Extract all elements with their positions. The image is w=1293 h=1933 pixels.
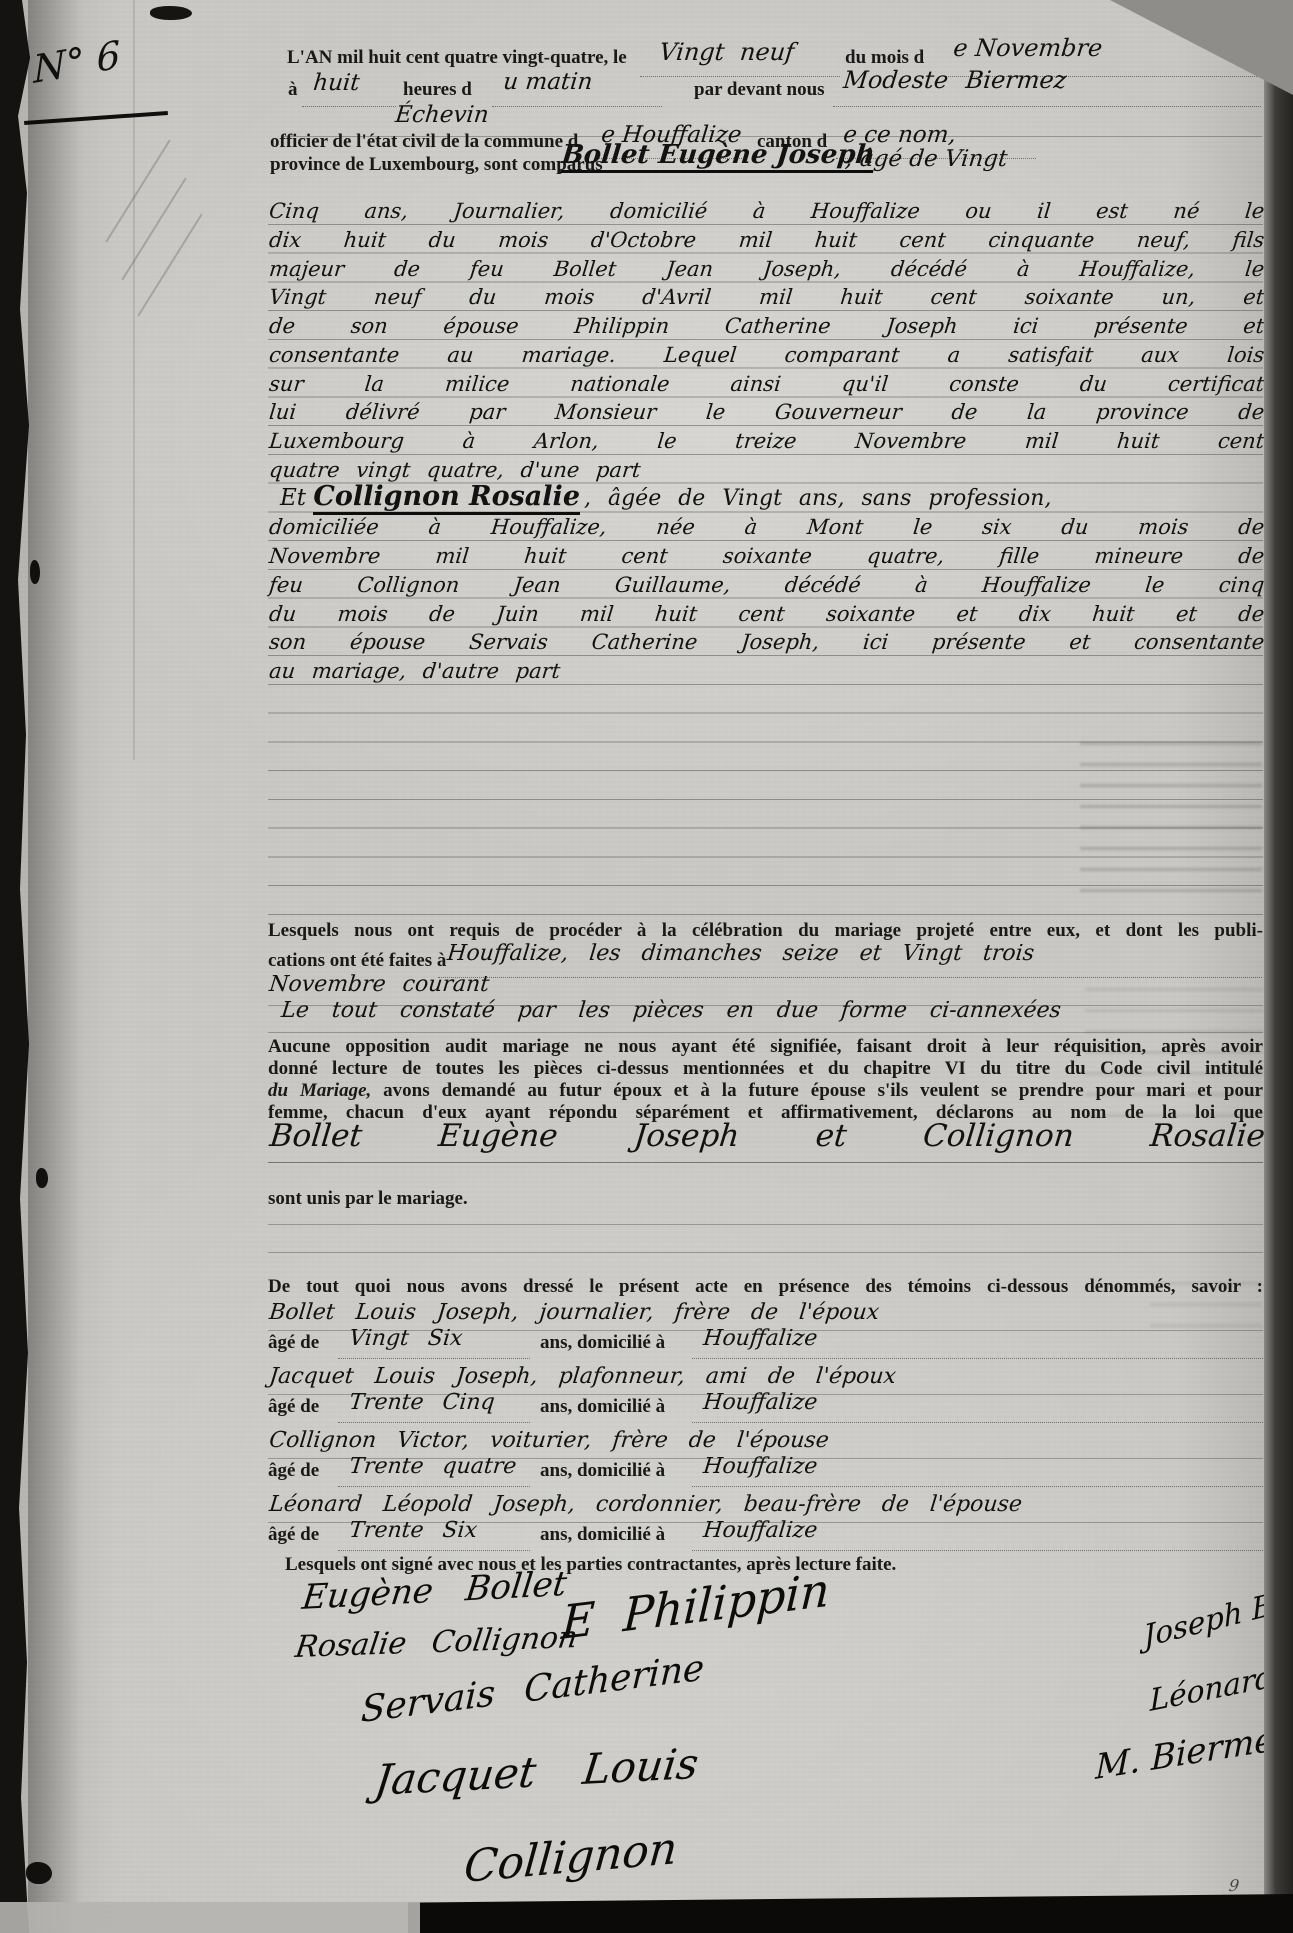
handwritten-month: e Novembre — [952, 34, 1104, 62]
witness-age: Vingt Six — [348, 1326, 464, 1351]
fill-line — [338, 1550, 530, 1551]
margin-scratch — [137, 214, 202, 317]
form-comparus-text: province de Luxembourg, sont comparus — [270, 154, 603, 176]
witness-age-prefix: âgé de — [268, 1332, 319, 1354]
margin-scratch — [105, 140, 170, 243]
fill-line — [833, 106, 1261, 107]
union-statement: sont unis par le mariage. — [268, 1188, 468, 1210]
signature-bride: Rosalie Collignon — [293, 1620, 580, 1665]
left-edge-shadow — [28, 0, 82, 1933]
handwritten-line: domiciliée à Houffalize, née à Mont le s… — [268, 515, 1266, 539]
form-before-us: par devant nous — [694, 79, 825, 101]
witness-age: Trente Six — [348, 1518, 478, 1543]
witness-residence: Houffalize — [702, 1454, 819, 1479]
fill-line — [302, 106, 396, 107]
fill-line — [268, 1032, 1263, 1033]
handwritten-officer-title: Échevin — [394, 102, 490, 128]
ink-spot — [30, 560, 40, 584]
handwritten-line: Novembre mil huit cent soixante quatre, … — [268, 544, 1266, 568]
handwritten-line: son épouse Servais Catherine Joseph, ici… — [268, 630, 1266, 654]
groom-age-lead: , âgé de Vingt — [844, 146, 1009, 172]
signature-leonard: Léonard Joseph — [1149, 1638, 1293, 1719]
form-hour-prefix: à — [288, 79, 298, 101]
marriage-record-scan: N° 6 L'AN mil huit cent quatre vingt-qua… — [0, 0, 1293, 1933]
publication-place-dates: Houffalize, les dimanches seize et Vingt… — [446, 941, 1035, 966]
signature-collignon-bottom: Collignon — [462, 1823, 679, 1893]
fill-line — [338, 1486, 530, 1487]
witness-description: Collignon Victor, voiturier, frère de l'… — [268, 1428, 830, 1453]
publication-printed-line1: Lesquels nous ont requis de procéder à l… — [268, 920, 1263, 942]
union-names: Bollet Eugène Joseph et Collignon Rosali… — [268, 1118, 1267, 1154]
handwritten-line: du mois de Juin mil huit cent soixante e… — [268, 602, 1266, 626]
fill-line — [268, 1252, 1263, 1253]
witness-age: Trente Cinq — [348, 1390, 496, 1415]
publication-month-line: Novembre courant — [268, 972, 490, 997]
fill-line — [438, 977, 1262, 978]
bride-intro-prefix: Et — [280, 485, 313, 511]
page-mark: 9 — [1228, 1876, 1240, 1895]
left-page-edge — [0, 0, 34, 1933]
opposition-line1: Aucune opposition audit mariage ne nous … — [268, 1036, 1263, 1058]
fill-line — [338, 1358, 530, 1359]
handwritten-line: majeur de feu Bollet Jean Joseph, décédé… — [268, 257, 1266, 281]
witness-intro: De tout quoi nous avons dressé le présen… — [268, 1276, 1263, 1298]
handwritten-day: Vingt neuf — [658, 38, 796, 66]
bride-name: Collignon Rosalie — [313, 481, 580, 515]
handwritten-ampm: u matin — [502, 69, 594, 95]
witness-description: Léonard Léopold Joseph, cordonnier, beau… — [268, 1492, 1023, 1517]
fill-line — [692, 1486, 1263, 1487]
bride-intro-line: Et Collignon Rosalie , âgée de Vingt ans… — [280, 481, 1051, 512]
ink-spot — [150, 6, 192, 20]
act-number: N° 6 — [32, 32, 121, 92]
form-hour-suffix: heures d — [403, 79, 472, 101]
witness-age-prefix: âgé de — [268, 1460, 319, 1482]
handwritten-line: quatre vingt quatre, d'une part — [268, 458, 642, 482]
fill-line — [338, 1422, 530, 1423]
bride-intro-suffix: , âgée de Vingt ans, sans profession, — [584, 486, 1051, 511]
witness-age: Trente quatre — [348, 1454, 518, 1479]
handwritten-line: sur la milice nationale ainsi qu'il cons… — [268, 372, 1266, 396]
witness-age-suffix: ans, domicilié à — [540, 1524, 665, 1546]
fill-line — [268, 1224, 1263, 1225]
witness-age-prefix: âgé de — [268, 1396, 319, 1418]
witness-age-suffix: ans, domicilié à — [540, 1396, 665, 1418]
form-commune-text: officier de l'état civil de la commune d — [270, 131, 578, 153]
right-page-edge — [1264, 0, 1293, 1933]
top-right-corner-backing — [1100, 0, 1293, 100]
witness-age-prefix: âgé de — [268, 1524, 319, 1546]
handwritten-line: Luxembourg à Arlon, le treize Novembre m… — [268, 429, 1266, 453]
handwritten-line: de son épouse Philippin Catherine Joseph… — [268, 314, 1266, 338]
margin-scratch — [121, 178, 186, 281]
signature-jacquet: Jacquet Louis — [372, 1739, 701, 1805]
signature-bollet-right: Joseph Bollet — [1143, 1571, 1293, 1655]
witness-description: Bollet Louis Joseph, journalier, frère d… — [268, 1300, 880, 1325]
handwritten-line: lui délivré par Monsieur le Gouverneur d… — [268, 400, 1266, 424]
bottom-left-edge — [0, 1902, 420, 1933]
handwritten-line: Vingt neuf du mois d'Avril mil huit cent… — [268, 285, 1266, 309]
ink-spot — [36, 1168, 48, 1188]
fill-line — [640, 76, 840, 77]
opposition-line3: du Mariage, avons demandé au futur époux… — [268, 1080, 1263, 1102]
witness-age-suffix: ans, domicilié à — [540, 1332, 665, 1354]
groom-name: Bollet Eugène Joseph — [560, 140, 876, 173]
signature-biermez: M. Biermez — [1095, 1716, 1292, 1788]
handwritten-line: consentante au mariage. Lequel comparant… — [268, 343, 1266, 367]
opposition-line3-italic: du Mariage, — [268, 1080, 371, 1101]
witness-residence: Houffalize — [702, 1326, 819, 1351]
form-year-text: L'AN mil huit cent quatre vingt-quatre, … — [287, 47, 627, 69]
ink-spot — [26, 1862, 52, 1884]
fill-line — [492, 106, 662, 107]
witness-age-suffix: ans, domicilié à — [540, 1460, 665, 1482]
fill-line — [692, 1358, 1263, 1359]
fill-line — [692, 1550, 1263, 1551]
act-number-underline — [24, 111, 168, 125]
witness-residence: Houffalize — [702, 1518, 819, 1543]
handwritten-line: dix huit du mois d'Octobre mil huit cent… — [268, 228, 1266, 252]
fill-line — [692, 1422, 1263, 1423]
handwritten-line: feu Collignon Jean Guillaume, décédé à H… — [268, 573, 1266, 597]
handwritten-hour: huit — [312, 70, 361, 96]
witness-residence: Houffalize — [702, 1390, 819, 1415]
opposition-line3-rest: avons demandé au futur époux et à la fut… — [371, 1080, 1263, 1101]
publication-printed-line2: cations ont été faites à — [268, 950, 446, 972]
bottom-scan-bar — [408, 1894, 1293, 1933]
handwritten-line: Cinq ans, Journalier, domicilié à Houffa… — [268, 199, 1266, 223]
handwritten-officer-name: Modeste Biermez — [842, 66, 1068, 94]
fill-line — [268, 1162, 1263, 1163]
handwritten-line: au mariage, d'autre part — [268, 659, 561, 683]
opposition-line2: donné lecture de toutes les pièces ci-de… — [268, 1058, 1263, 1080]
publication-annex-line: Le tout constaté par les pièces en due f… — [280, 998, 1062, 1023]
witness-description: Jacquet Louis Joseph, plafonneur, ami de… — [268, 1364, 897, 1389]
